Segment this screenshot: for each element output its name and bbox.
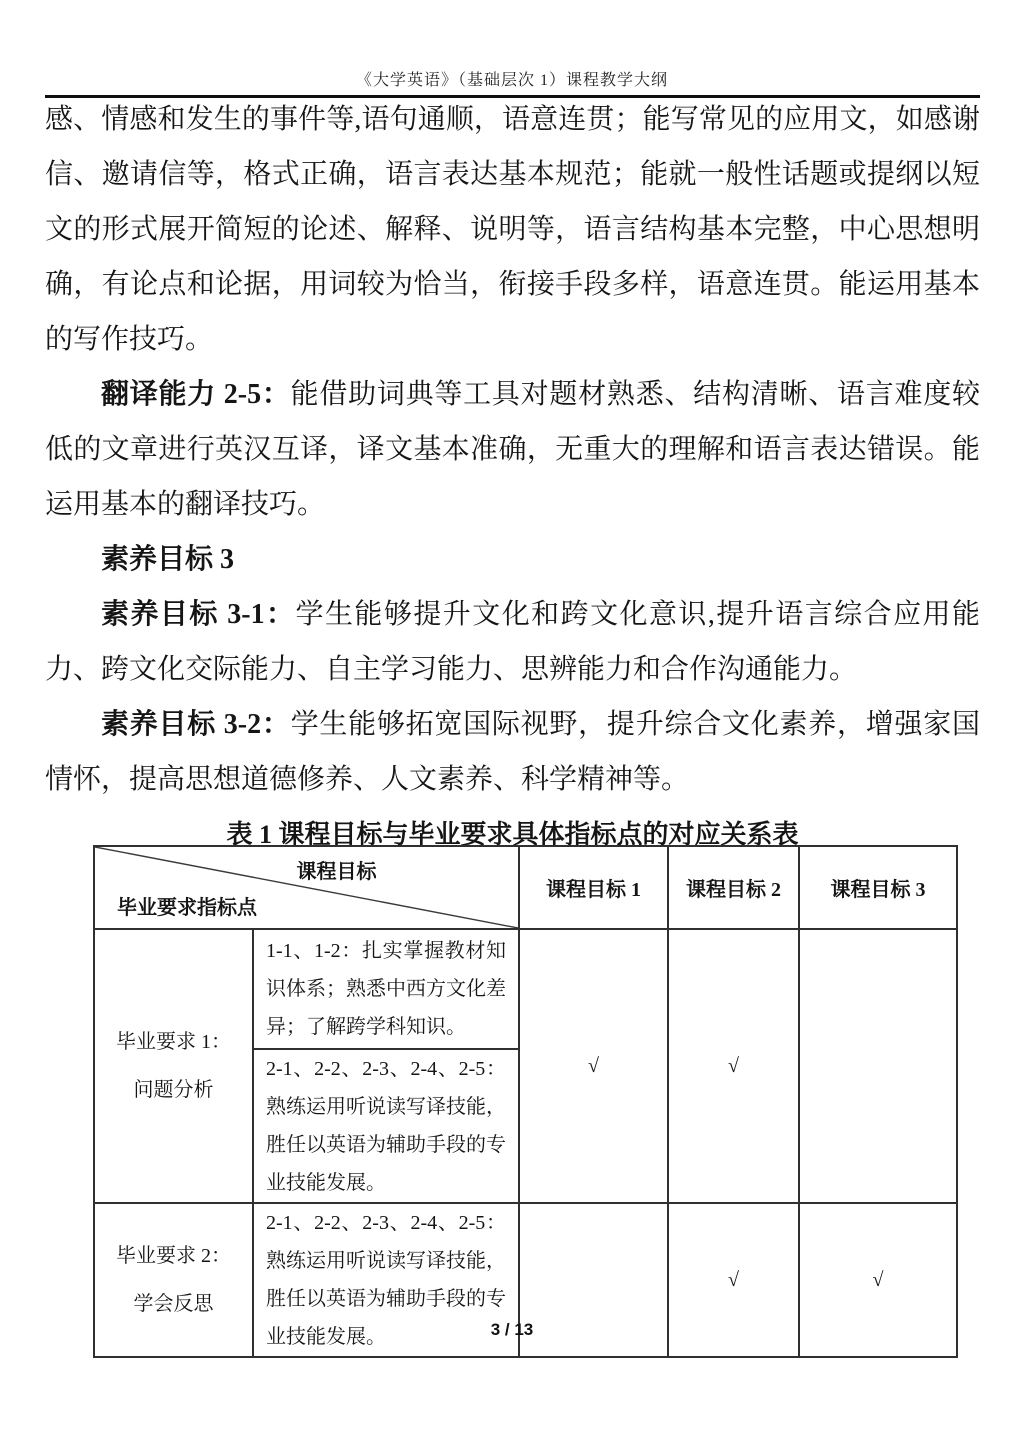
indicator-cell-1-2: 2-1、2-2、2-3、2-4、2-5：熟练运用听说读写译技能，胜任以英语为辅助… xyxy=(253,1049,519,1203)
column-header-goal-3: 课程目标 3 xyxy=(799,846,957,929)
requirement-1-sublabel: 问题分析 xyxy=(96,1066,251,1114)
paragraph-writing-ability: 感、情感和发生的事件等,语句通顺，语意连贯；能写常见的应用文，如感谢信、邀请信等… xyxy=(45,92,980,367)
requirement-1-label: 毕业要求 1： xyxy=(96,1018,251,1066)
column-header-goal-1: 课程目标 1 xyxy=(519,846,668,929)
run-in-label: 素养目标 3-1： xyxy=(101,599,296,630)
column-header-goal-2: 课程目标 2 xyxy=(668,846,799,929)
goal-requirement-mapping-table: 课程目标 毕业要求指标点 课程目标 1 课程目标 2 课程目标 3 毕业要求 1… xyxy=(93,845,958,1358)
body-content: 感、情感和发生的事件等,语句通顺，语意连贯；能写常见的应用文，如感谢信、邀请信等… xyxy=(45,92,980,862)
paragraph-literacy-goal-3-1: 素养目标 3-1：学生能够提升文化和跨文化意识,提升语言综合应用能力、跨文化交际… xyxy=(45,587,980,697)
diagonal-header-cell: 课程目标 毕业要求指标点 xyxy=(94,846,519,929)
paragraph-translation-ability: 翻译能力 2-5：能借助词典等工具对题材熟悉、结构清晰、语言难度较低的文章进行英… xyxy=(45,367,980,532)
run-in-label: 素养目标 3 xyxy=(101,544,234,575)
running-header-title: 《大学英语》（基础层次 1）课程教学大纲 xyxy=(0,67,1024,90)
run-in-label: 素养目标 3-2： xyxy=(101,709,291,740)
page-number: 3 / 13 xyxy=(0,1320,1024,1340)
table-header-row: 课程目标 毕业要求指标点 课程目标 1 课程目标 2 课程目标 3 xyxy=(94,846,957,929)
paragraph-literacy-goal-3-2: 素养目标 3-2：学生能够拓宽国际视野，提升综合文化素养，增强家国情怀，提高思想… xyxy=(45,697,980,807)
course-goal-axis-label: 课程目标 xyxy=(155,855,518,884)
indicator-cell-1-1: 1-1、1-2：扎实掌握教材知识体系；熟悉中西方文化差异；了解跨学科知识。 xyxy=(253,929,519,1049)
run-in-label: 翻译能力 2-5： xyxy=(101,379,291,410)
paragraph-literacy-goal-3: 素养目标 3 xyxy=(45,532,980,587)
checkmark-cell-r1-goal3 xyxy=(799,929,957,1203)
graduation-requirement-axis-label: 毕业要求指标点 xyxy=(117,891,257,920)
checkmark-cell-r1-goal2: √ xyxy=(668,929,799,1203)
requirement-2-label: 毕业要求 2： xyxy=(96,1232,251,1280)
table-row-requirement-1a: 毕业要求 1： 问题分析 1-1、1-2：扎实掌握教材知识体系；熟悉中西方文化差… xyxy=(94,929,957,1049)
document-page: { "header": { "title": "《大学英语》（基础层次 1）课程… xyxy=(0,0,1024,1447)
paragraph-text: 感、情感和发生的事件等,语句通顺，语意连贯；能写常见的应用文，如感谢信、邀请信等… xyxy=(45,104,980,355)
requirement-1-cell: 毕业要求 1： 问题分析 xyxy=(94,929,253,1203)
checkmark-cell-r1-goal1: √ xyxy=(519,929,668,1203)
